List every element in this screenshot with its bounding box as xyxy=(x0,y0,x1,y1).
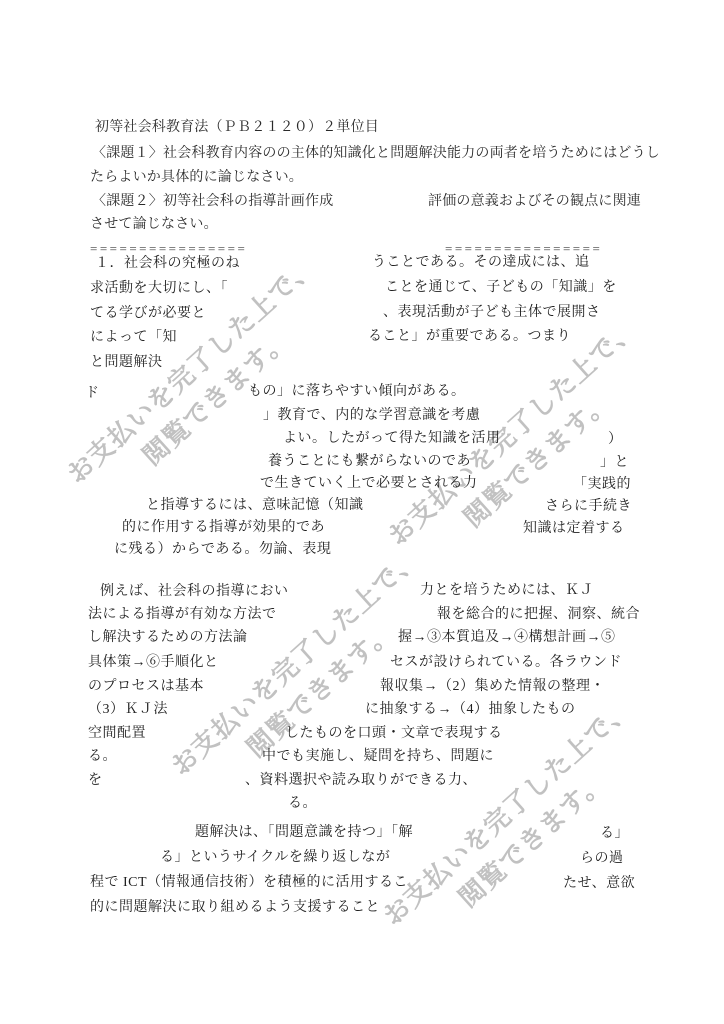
body-text-fragment: らの過 xyxy=(580,851,624,868)
body-text-fragment: る。 xyxy=(288,796,317,813)
body-text-fragment: 的に問題解決に取り組めるよう支援すること xyxy=(90,900,380,917)
body-text-fragment: 例えば、社会科の指導におい xyxy=(100,584,289,601)
body-text-fragment: 力とを培うためには、ＫＪ xyxy=(420,583,594,600)
body-text-fragment: 題解決は、「問題意識を持つ」「解 xyxy=(195,825,413,842)
body-text-fragment: ことを通じて、子どもの「知識」を xyxy=(385,280,617,297)
body-text-fragment: 」教育で、内的な学習意識を考慮 xyxy=(263,408,480,425)
body-text-fragment: 、表現活動が子ども主体で展開さ xyxy=(383,305,601,322)
header-text-line: たらよいか具体的に論じなさい。 xyxy=(90,168,303,185)
body-text-fragment: に残る）からである。勿論、表現 xyxy=(114,542,331,559)
body-text-fragment: と指導するには、意味記憶（知識 xyxy=(146,498,364,515)
body-text-fragment: のプロセスは基本 xyxy=(88,679,204,696)
body-text-fragment: ド xyxy=(85,386,100,403)
body-text-fragment: セスが設けられている。各ラウンド xyxy=(390,655,622,672)
body-text-fragment: 具体策→⑥手順化と xyxy=(88,655,219,672)
divider-row: ================ xyxy=(90,241,247,257)
body-text-fragment: うことである。その達成には、追 xyxy=(372,255,590,272)
body-text-fragment: 法による指導が有効な方法で xyxy=(88,607,277,624)
body-text-fragment: １．社会科の究極のね xyxy=(95,256,240,273)
body-text-fragment: る」 xyxy=(600,826,629,843)
body-text-fragment: 」と xyxy=(600,455,629,472)
body-text-fragment: 中でも実施し、疑問を持ち、問題に xyxy=(262,749,494,766)
header-text-line: させて論じなさい。 xyxy=(90,215,218,232)
body-text-fragment: もの」に落ちやすい傾向がある。 xyxy=(248,384,466,401)
header-text-line: 評価の意義およびその観点に関連 xyxy=(428,192,641,209)
body-text-fragment: 空間配置 xyxy=(88,726,146,743)
body-text-fragment: 求活動を大切にし、「 xyxy=(90,281,228,298)
body-text-fragment: る」というサイクルを繰り返しなが xyxy=(160,850,390,867)
body-text-fragment: し解決するための方法論 xyxy=(88,630,248,647)
body-text-fragment: （3）ＫＪ法 xyxy=(88,702,168,719)
body-text-fragment: ） xyxy=(608,432,623,449)
body-text-fragment: 、資料選択や読み取りができる力、 xyxy=(245,773,477,790)
body-text-fragment: 報を総合的に把握、洞察、統合 xyxy=(437,607,640,624)
body-text-fragment: 報収集→（2）集めた情報の整理・ xyxy=(380,679,605,696)
watermark-tile: お支払いを完了した上で、閲覧できます。 xyxy=(163,540,453,811)
header-text-line: 〈課題１〉社会科教育内容のの主体的知識化と問題解決能力の両者を培うためにはどうし xyxy=(92,144,660,161)
body-text-fragment: したものを口頭・文章で表現する xyxy=(285,726,503,743)
body-text-fragment: たせ、意欲 xyxy=(563,876,635,893)
body-text-fragment: ること」が重要である。つまり xyxy=(368,329,571,346)
scanned-document-page: お支払いを完了した上で、閲覧できます。お支払いを完了した上で、閲覧できます。お支… xyxy=(0,0,724,1024)
body-text-fragment: 養うことにも繋がらないのであ xyxy=(268,454,471,471)
body-text-fragment: に抽象する→（4）抽象したもの xyxy=(365,702,576,719)
body-text-fragment: と問題解決 xyxy=(90,355,163,372)
body-text-fragment: によって「知 xyxy=(90,330,177,347)
body-text-fragment: 「実践的 xyxy=(573,477,631,494)
body-text-fragment: で生きていく上で必要とされる力 xyxy=(260,476,478,493)
body-text-fragment: を xyxy=(88,773,103,790)
header-text-line: 初等社会科教育法（ＰＢ２１２０）２単位目 xyxy=(95,118,379,135)
body-text-fragment: 握→③本質追及→④構想計画→⑤ xyxy=(398,630,616,647)
body-text-fragment: よい。したがって得た知識を活用 xyxy=(283,431,501,448)
body-text-fragment: てる学びが必要と xyxy=(90,306,206,323)
body-text-fragment: る。 xyxy=(88,749,117,766)
body-text-fragment: 知識は定着する xyxy=(523,521,625,538)
body-text-fragment: さらに手続き xyxy=(545,499,632,516)
body-text-fragment: 程で ICT（情報通信技術）を積極的に活用するこ xyxy=(90,875,408,892)
body-text-fragment: 的に作用する指導が効果的であ xyxy=(122,520,325,537)
header-text-line: 〈課題２〉初等社会科の指導計画作成 xyxy=(92,192,333,209)
